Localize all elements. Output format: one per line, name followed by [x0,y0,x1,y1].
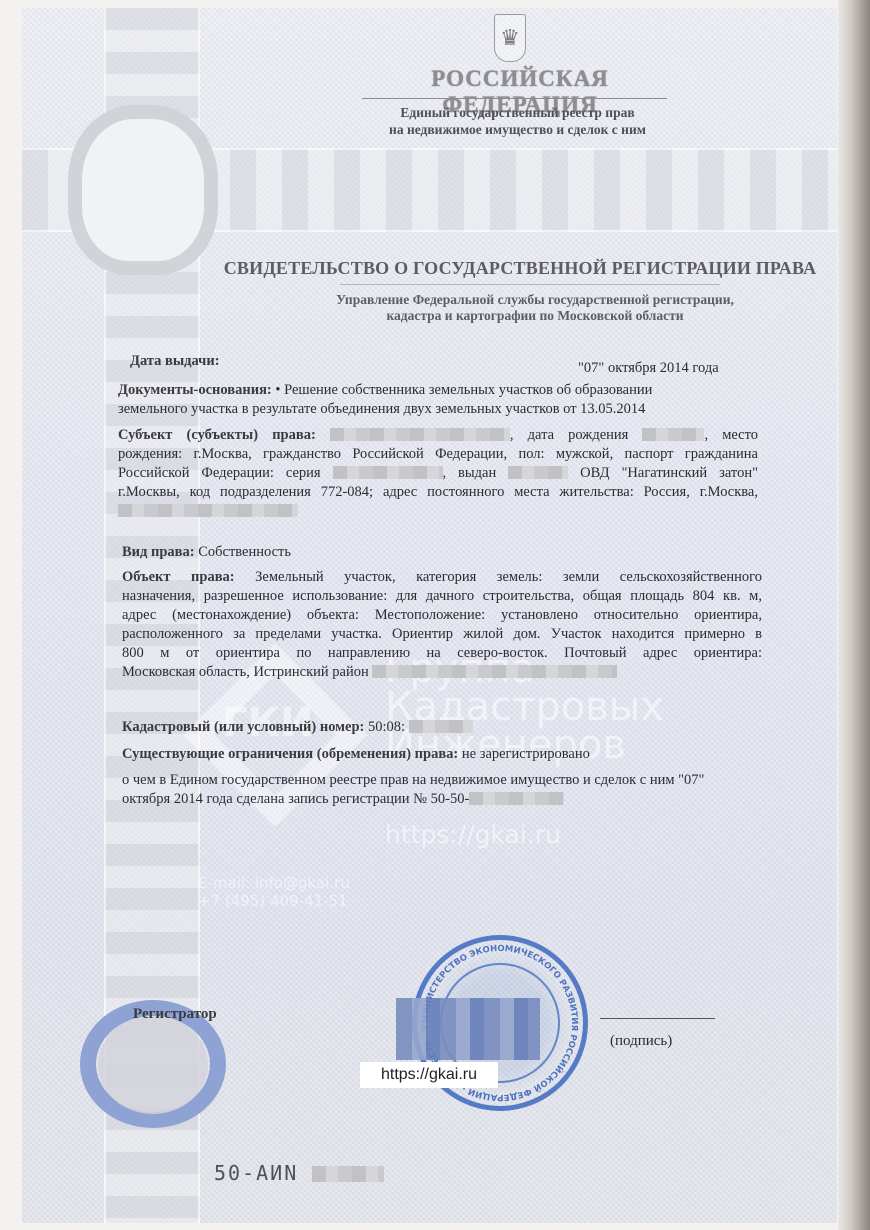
redacted-issue-date [508,466,568,479]
registration-record: о чем в Едином государственном реестре п… [122,771,762,809]
redacted-cadastral-number [409,720,473,733]
redacted-serial [312,1166,384,1182]
cadastral-number: Кадастровый (или условный) номер: 50:08: [122,718,473,737]
guilloche-medallion [68,105,218,275]
right-type: Вид права: Собственность [122,543,291,562]
redacted-address [118,504,298,517]
header-divider [362,98,667,99]
issue-date-label: Дата выдачи: [130,352,220,371]
site-url-label: https://gkai.ru [360,1062,498,1088]
registry-name: Единый государственный реестр прав на не… [340,104,695,138]
title-divider [340,284,720,285]
registrar-label: Регистратор [133,1005,217,1024]
redacted-name [330,428,510,441]
signature-line [600,1018,715,1019]
right-object: Объект права: Земельный участок, категор… [122,568,762,682]
redacted-record-number [469,792,564,805]
redacted-registrar-name [396,998,540,1060]
encumbrances: Существующие ограничения (обременения) п… [122,745,590,764]
blank-serial-number: 50-АИN [214,1161,384,1185]
watermark-url: https://gkai.ru [385,820,561,849]
watermark-contacts: E-mail: info@gkai.ru +7 (495) 409-41-51 [198,874,350,910]
right-holder: Субъект (субъекты) права: , дата рождени… [118,426,758,521]
basis-documents: Документы-основания: • Решение собственн… [118,381,758,419]
redacted-postal-address [372,665,617,678]
hologram-emblem [98,1016,208,1114]
coat-of-arms-icon: ♛ [494,14,526,62]
issue-date-value: "07" октября 2014 года [578,359,719,378]
certificate-title: СВИДЕТЕЛЬСТВО О ГОСУДАРСТВЕННОЙ РЕГИСТРА… [160,258,870,279]
issuing-authority: Управление Федеральной службы государств… [270,292,800,324]
signature-caption: (подпись) [610,1032,672,1051]
redacted-birthdate [642,428,704,441]
table-background [838,0,870,1230]
redacted-passport-series [333,466,443,479]
